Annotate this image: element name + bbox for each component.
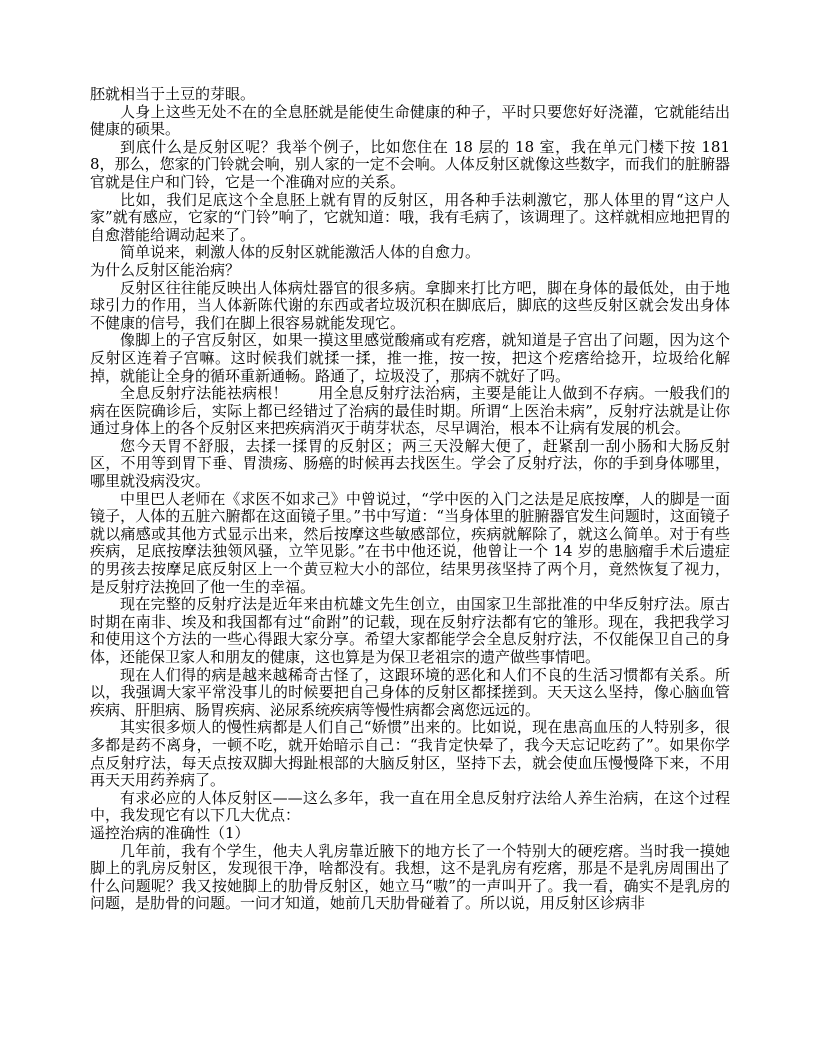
paragraph: 人身上这些无处不在的全息胚就是能使生命健康的种子，平时只要您好好浇灌，它就能结出… xyxy=(90,104,730,139)
paragraph-continuation: 胚就相当于土豆的芽眼。 xyxy=(90,86,730,104)
paragraph: 现在完整的反射疗法是近年来由杭雄文先生创立，由国家卫生部批准的中华反射疗法。原古… xyxy=(90,596,730,666)
paragraph: 几年前，我有个学生，他夫人乳房靠近腋下的地方长了一个特别大的硬疙瘩。当时我一摸她… xyxy=(90,843,730,913)
section-heading-remote-diagnosis-accuracy: 遥控治病的准确性（1） xyxy=(90,825,730,843)
section-heading-why-reflex-zones-cure: 为什么反射区能治病？ xyxy=(90,262,730,280)
paragraph: 像脚上的子宫反射区，如果一摸这里感觉酸痛或有疙瘩，就知道是子宫出了问题，因为这个… xyxy=(90,332,730,385)
paragraph: 到底什么是反射区呢？我举个例子，比如您住在 18 层的 18 室，我在单元门楼下… xyxy=(90,139,730,192)
paragraph: 中里巴人老师在《求医不如求己》中曾说过，“学中医的入门之法是足底按摩，人的脚是一… xyxy=(90,491,730,597)
paragraph: 简单说来，刺激人体的反射区就能激活人体的自愈力。 xyxy=(90,244,730,262)
paragraph: 反射区往往能反映出人体病灶器官的很多病。拿脚来打比方吧，脚在身体的最低处，由于地… xyxy=(90,280,730,333)
document-page: 胚就相当于土豆的芽眼。 人身上这些无处不在的全息胚就是能使生命健康的种子，平时只… xyxy=(0,0,816,1056)
paragraph: 全息反射疗法能祛病根！ 用全息反射疗法治病，主要是能让人做到不存病。一般我们的病… xyxy=(90,385,730,438)
paragraph: 您今天胃不舒服，去揉一揉胃的反射区；两三天没解大便了，赶紧刮一刮小肠和大肠反射区… xyxy=(90,438,730,491)
paragraph: 其实很多烦人的慢性病都是人们自己“娇惯”出来的。比如说，现在患高血压的人特别多，… xyxy=(90,719,730,789)
paragraph: 比如，我们足底这个全息胚上就有胃的反射区，用各种手法刺激它，那人体里的胃“这户人… xyxy=(90,192,730,245)
paragraph: 有求必应的人体反射区——这么多年，我一直在用全息反射疗法给人养生治病，在这个过程… xyxy=(90,790,730,825)
paragraph: 现在人们得的病是越来越稀奇古怪了，这跟环境的恶化和人们不良的生活习惯都有关系。所… xyxy=(90,667,730,720)
